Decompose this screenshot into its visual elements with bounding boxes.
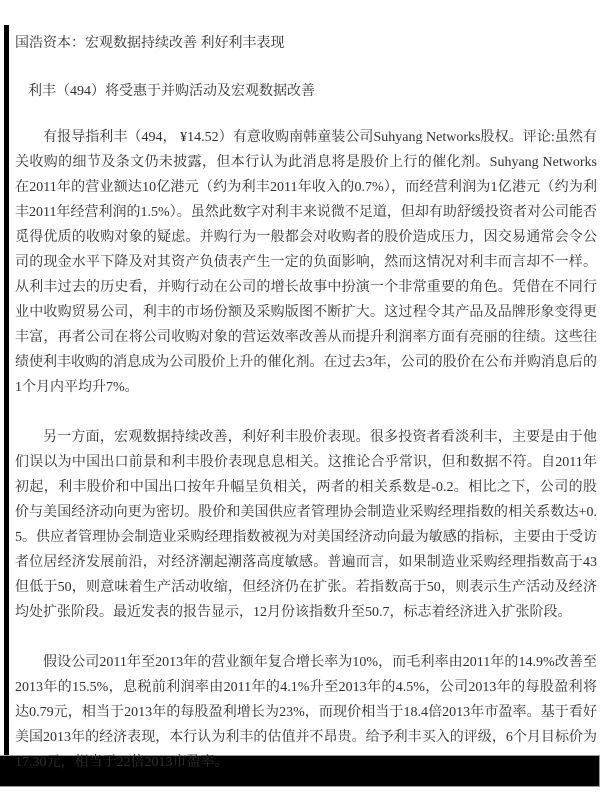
document-page: 国浩资本：宏观数据持续改善 利好利丰表现 利丰（494）将受惠于并购活动及宏观数…	[0, 0, 612, 792]
report-subtitle: 利丰（494）将受惠于并购活动及宏观数据改善	[15, 84, 597, 100]
left-border-bar	[4, 25, 9, 756]
paragraph-valuation-rating: 假设公司2011年至2013年的营业额年复合增长率为10%，而毛利率由2011年…	[15, 650, 597, 775]
report-title: 国浩资本：宏观数据持续改善 利好利丰表现	[15, 36, 597, 52]
paragraph-acquisition-news: 有报导指利丰（494， ¥14.52）有意收购南韩童装公司Suhyang Net…	[15, 125, 597, 400]
paragraph-macro-data: 另一方面，宏观数据持续改善，利好利丰股价表现。很多投资者看淡利丰，主要是由于他们…	[15, 425, 597, 625]
report-body: 国浩资本：宏观数据持续改善 利好利丰表现 利丰（494）将受惠于并购活动及宏观数…	[15, 0, 597, 775]
